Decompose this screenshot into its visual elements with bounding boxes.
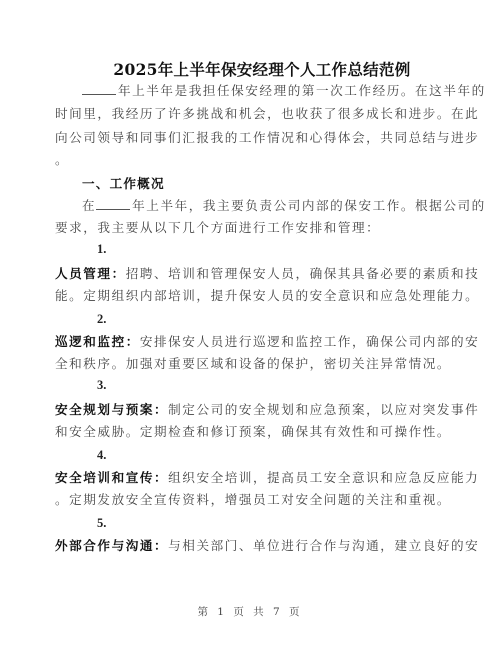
item-number: 4.	[97, 448, 106, 463]
item-number: 2.	[97, 312, 106, 327]
intro-text: 年上半年是我担任保安经理的第一次工作经历。在这半年的	[118, 83, 486, 98]
section-heading: 一、工作概况	[82, 176, 450, 192]
document-page: 2025年上半年保安经理个人工作总结范例 年上半年是我担任保安经理的第一次工作经…	[0, 0, 500, 647]
item-number: 3.	[97, 378, 106, 393]
intro-line-1: 年上半年是我担任保安经理的第一次工作经历。在这半年的	[82, 83, 450, 99]
list-item-line-2: 。定期发放安全宣传资料，增强员工对安全问题的关注和重视。	[55, 492, 423, 508]
item-label: 外部合作与沟通：	[55, 538, 168, 553]
list-item-line-1: 人员管理：招聘、培训和管理保安人员，确保其具备必要的素质和技	[55, 266, 423, 282]
item-number: 5.	[97, 516, 106, 531]
intro-line-4: 。	[55, 152, 423, 168]
blank-underline	[96, 198, 130, 210]
item-label: 人员管理：	[55, 266, 126, 281]
list-item-line-2: 能。定期组织内部培训，提升保安人员的安全意识和应急处理能力。	[55, 288, 423, 304]
list-item-line-2: 全和秩序。加强对重要区域和设备的保护，密切关注异常情况。	[55, 356, 423, 372]
blank-underline	[82, 83, 116, 95]
item-text: 招聘、培训和管理保安人员，确保其具备必要的素质和技	[126, 266, 480, 281]
item-text: 安排保安人员进行巡逻和监控工作，确保公司内部的安	[140, 334, 479, 349]
item-text: 与相关部门、单位进行合作与沟通，建立良好的安	[168, 538, 479, 553]
item-label: 安全培训和宣传：	[55, 470, 168, 485]
section-paragraph-line-2: 要求，我主要从以下几个方面进行工作安排和管理：	[55, 220, 423, 236]
list-item-line-1: 安全规划与预案：制定公司的安全规划和应急预案，以应对突发事件	[55, 402, 423, 418]
page-number-footer: 第 1 页 共 7 页	[0, 604, 500, 619]
intro-line-3: 向公司领导和同事们汇报我的工作情况和心得体会，共同总结与进步	[55, 130, 423, 146]
list-item-line-1: 安全培训和宣传：组织安全培训，提高员工安全意识和应急反应能力	[55, 470, 423, 486]
item-label: 安全规划与预案：	[55, 402, 168, 417]
intro-line-2: 时间里，我经历了许多挑战和机会，也收获了很多成长和进步。在此	[55, 106, 423, 122]
document-title: 2025年上半年保安经理个人工作总结范例	[0, 58, 500, 80]
list-item-line-2: 和安全威胁。定期检查和修订预案，确保其有效性和可操作性。	[55, 424, 423, 440]
paragraph-text: 年上半年，我主要负责公司内部的保安工作。根据公司的	[132, 198, 486, 213]
item-label: 巡逻和监控：	[55, 334, 140, 349]
item-text: 制定公司的安全规划和应急预案，以应对突发事件	[168, 402, 479, 417]
section-paragraph-line-1: 在年上半年，我主要负责公司内部的保安工作。根据公司的	[82, 198, 450, 214]
item-number: 1.	[97, 242, 106, 257]
list-item-line-1: 外部合作与沟通：与相关部门、单位进行合作与沟通，建立良好的安	[55, 538, 423, 554]
paragraph-prefix: 在	[82, 198, 96, 213]
list-item-line-1: 巡逻和监控：安排保安人员进行巡逻和监控工作，确保公司内部的安	[55, 334, 423, 350]
item-text: 组织安全培训，提高员工安全意识和应急反应能力	[168, 470, 479, 485]
